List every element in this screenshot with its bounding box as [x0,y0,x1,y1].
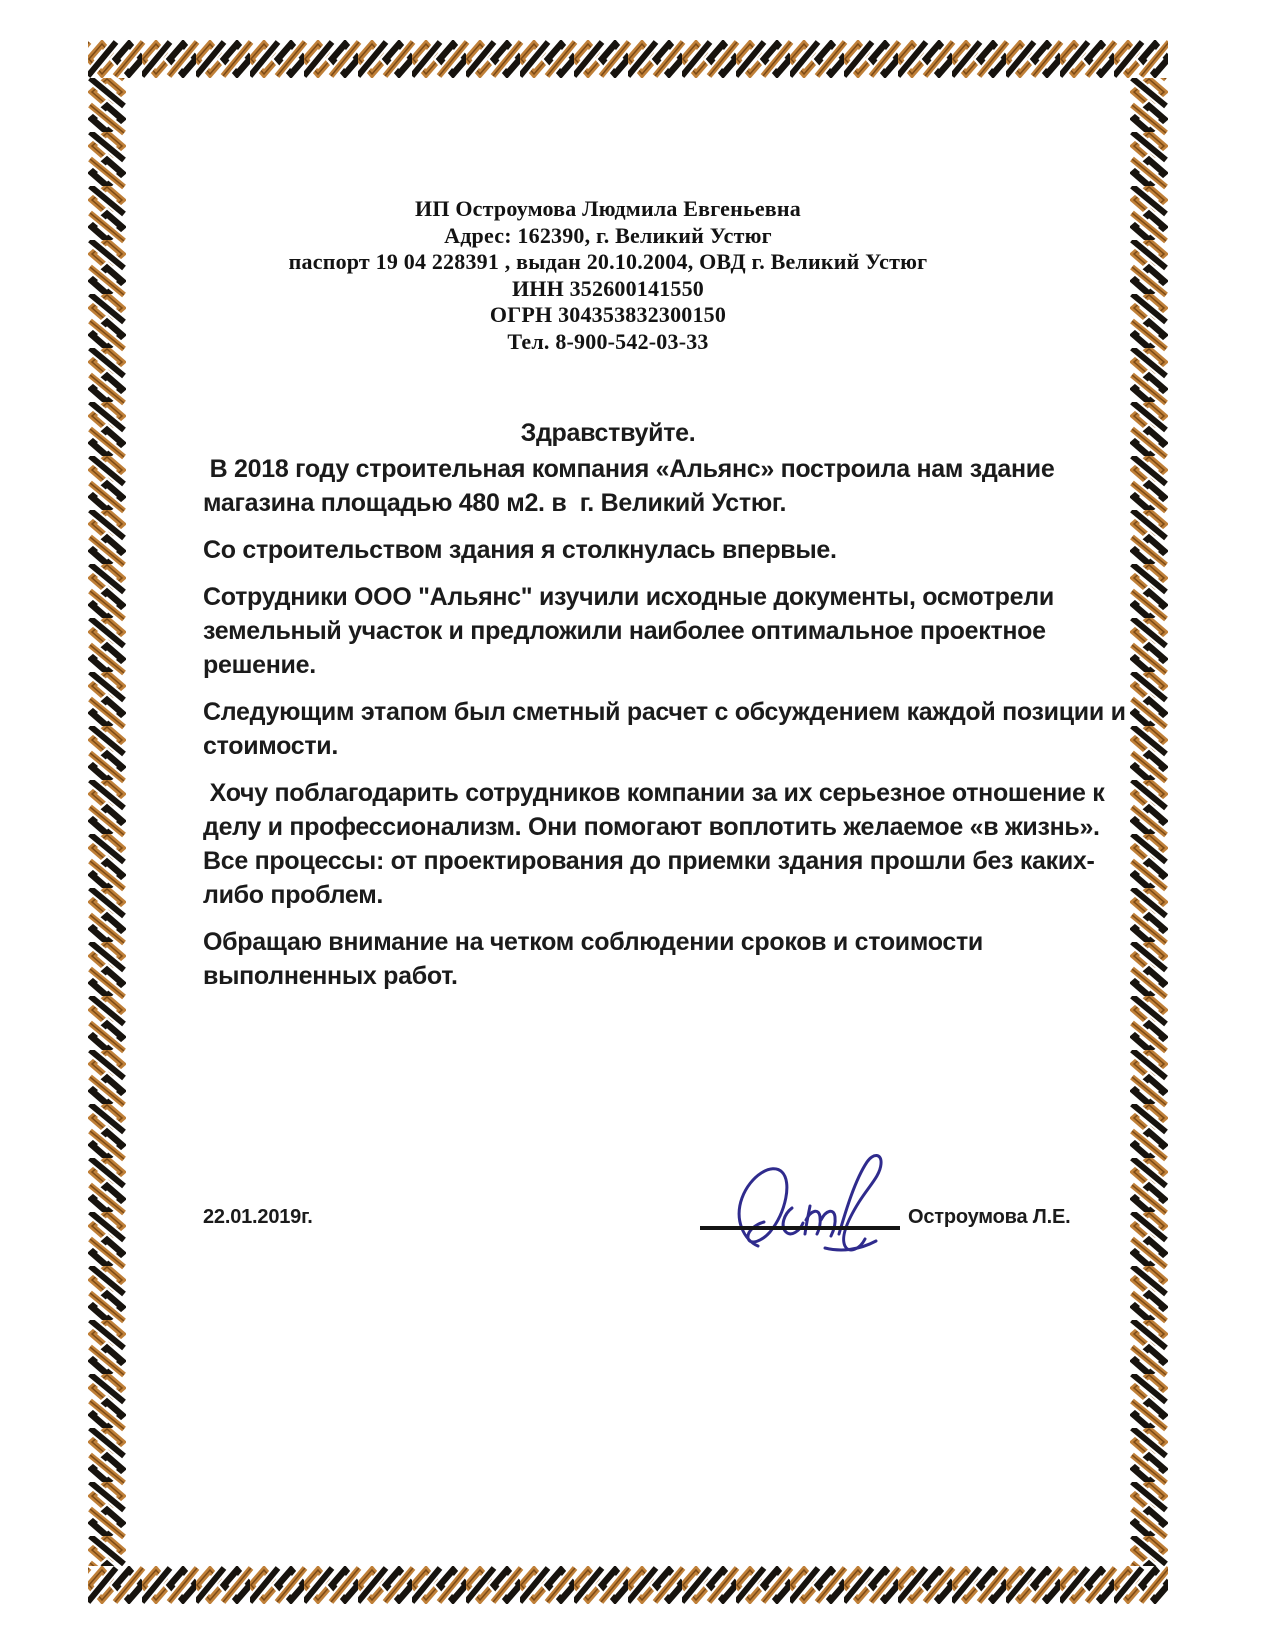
letterhead-line: ИНН 352600141550 [128,276,1088,303]
letterhead-line: паспорт 19 04 228391 , выдан 20.10.2004,… [128,249,1088,276]
paragraph: Со строительством здания я столкнулась в… [203,533,1133,567]
handwritten-signature [728,1148,898,1258]
decorative-border-bottom [88,1566,1168,1604]
letterhead-line: Тел. 8-900-542-03-33 [128,329,1088,356]
letterhead-line: ИП Остроумова Людмила Евгеньевна [128,196,1088,223]
scanned-letter-page: ИП Остроумова Людмила Евгеньевна Адрес: … [0,0,1275,1650]
paragraph: Сотрудники ООО "Альянс" изучили исходные… [203,580,1133,682]
letterhead: ИП Остроумова Людмила Евгеньевна Адрес: … [128,196,1088,355]
paragraph: Хочу поблагодарить сотрудников компании … [203,776,1133,912]
signature-line [700,1226,900,1230]
decorative-border-left [88,78,126,1566]
letter-date: 22.01.2019г. [203,1206,313,1229]
decorative-border-top [88,40,1168,78]
decorative-border-right [1130,78,1168,1566]
greeting: Здравствуйте. [128,418,1088,448]
paragraph: Обращаю внимание на четком соблюдении ср… [203,925,1133,993]
letterhead-line: Адрес: 162390, г. Великий Устюг [128,223,1088,250]
paragraph: Следующим этапом был сметный расчет с об… [203,695,1133,763]
letterhead-line: ОГРН 304353832300150 [128,302,1088,329]
paragraph: В 2018 году строительная компания «Альян… [203,452,1133,520]
signatory-name: Остроумова Л.Е. [908,1206,1070,1229]
letter-body: В 2018 году строительная компания «Альян… [203,452,1133,1006]
